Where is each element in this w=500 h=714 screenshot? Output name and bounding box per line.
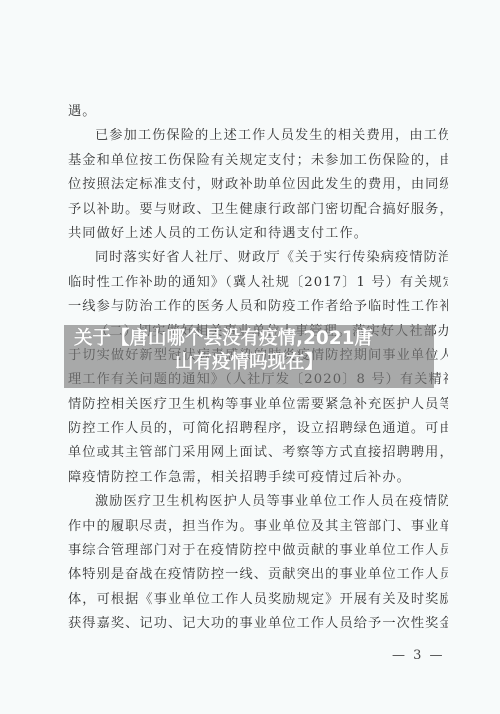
text-line: 予以补助。要与财政、卫生健康行政部门密切配合搞好服务，及时: [68, 198, 448, 222]
text-line: 获得嘉奖、记功、记大功的事业单位工作人员给予一次性奖金，获: [68, 612, 448, 636]
text-line: 作中的履职尽责，担当作为。事业单位及其主管部门、事业单位人: [68, 515, 448, 539]
text-line: 体，可根据《事业单位工作人员奖励规定》开展有关及时奖励。对: [68, 588, 448, 612]
text-line: 防控工作人员的，可简化招聘程序，设立招聘绿色通道。可由事业: [68, 417, 448, 441]
text-line: 基金和单位按工伤保险有关规定支付；未参加工伤保险的，由用人单: [68, 149, 448, 173]
text-line: 遇。: [68, 100, 448, 124]
overlay-title: 关于【唐山哪个县没有疫情,2021唐 山有疫情吗现在】: [64, 327, 434, 375]
overlay-title-line-2: 山有疫情吗现在】: [64, 351, 434, 375]
text-line: 事综合管理部门对于在疫情防控中做贡献的事业单位工作人员和集: [68, 539, 448, 563]
text-line: 临时性工作补助的通知》（冀人社规〔2017〕1 号）有关规定，对在: [68, 271, 448, 295]
text-line: 一线参与防治工作的医务人员和防疫工作者给予临时性工作补助。: [68, 295, 448, 319]
text-line: 情防控相关医疗卫生机构等事业单位需要紧急补充医护人员等疫情: [68, 393, 448, 417]
text-line: 体特别是奋战在疫情防控一线、贡献突出的事业单位工作人员和集: [68, 563, 448, 587]
text-line: 已参加工伤保险的上述工作人员发生的相关费用，由工伤保险: [68, 124, 448, 148]
text-line: 位按照法定标准支付，财政补助单位因此发生的费用，由同级财政: [68, 173, 448, 197]
text-line: 激励医疗卫生机构医护人员等事业单位工作人员在疫情防控工: [68, 490, 448, 514]
overlay-title-line-1: 关于【唐山哪个县没有疫情,2021唐: [64, 327, 434, 351]
text-line: 同时落实好省人社厅、财政厅《关于实行传染病疫情防治人员: [68, 246, 448, 270]
text-line: 单位或其主管部门采用网上面试、考察等方式直接招聘聘用，以保: [68, 441, 448, 465]
text-line: 共同做好上述人员的工伤认定和待遇支付工作。: [68, 222, 448, 246]
page-number: — 3 —: [392, 648, 445, 663]
text-line: 障疫情防控工作急需，相关招聘手续可疫情过后补办。: [68, 466, 448, 490]
